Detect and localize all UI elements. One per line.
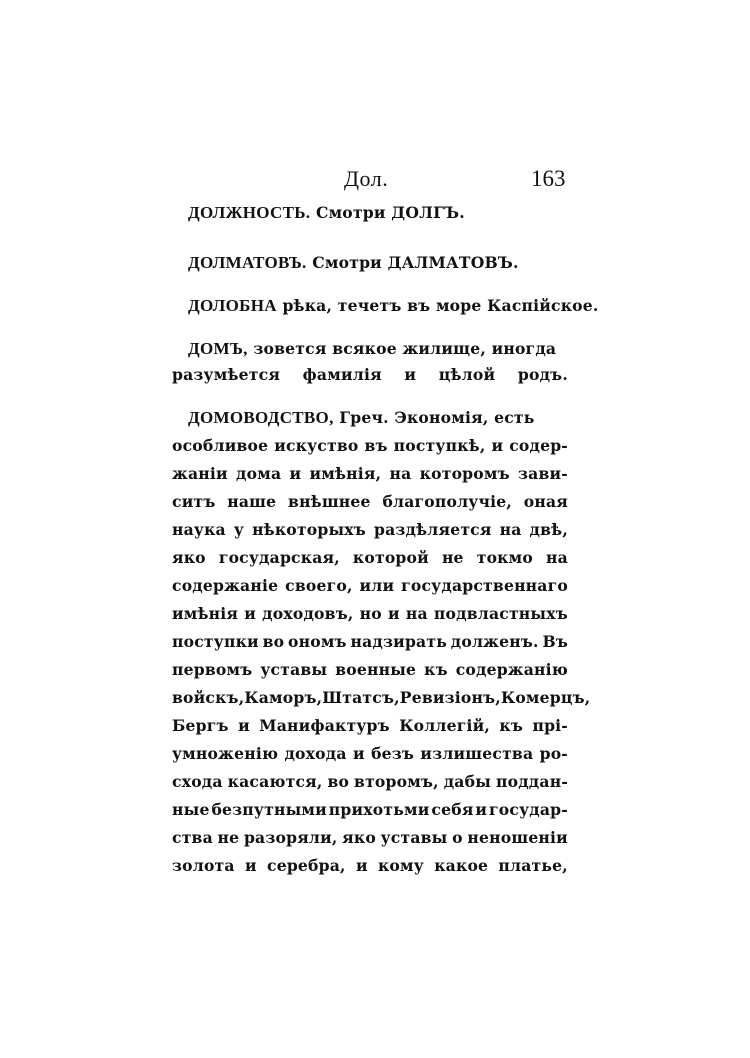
word: излишества	[420, 744, 533, 774]
word: разоряли,	[244, 828, 338, 858]
word: первомъ	[172, 660, 252, 690]
word: внѣшнее	[288, 492, 371, 522]
word: которомъ	[420, 464, 510, 494]
word: но	[360, 604, 382, 634]
word: и	[238, 716, 250, 746]
word: разумѣется	[172, 365, 280, 395]
entry-line: ситънашевнѣшнееблагополучіе,оная	[172, 492, 568, 522]
word: имѣнія,	[310, 464, 382, 494]
word: имѣнія	[172, 604, 238, 634]
word: Комерцъ,	[501, 688, 590, 718]
word: о	[452, 828, 463, 858]
word: поступки	[172, 632, 259, 662]
word: прі-	[532, 716, 568, 746]
word: золота	[172, 856, 235, 886]
word: Коллегій,	[399, 716, 490, 746]
word: и	[356, 856, 368, 886]
word: государ-	[489, 800, 568, 830]
entry-line: особливоеискуствовъпоступкѣ,исодер-	[172, 436, 568, 466]
word: второмъ,	[354, 772, 439, 802]
entry-line: имѣніяидоходовъ,ноинаподвластныхъ	[172, 604, 568, 634]
word: ситъ	[172, 492, 216, 522]
word: цѣлой	[439, 365, 495, 395]
word: раздѣляется	[374, 520, 492, 550]
entry-line: золотаисеребра,икомукакоеплатье,	[172, 856, 568, 886]
word: у	[234, 520, 244, 550]
word: которой	[353, 548, 429, 578]
entry-headword: ДОЛЖНОСТЬ.	[188, 203, 310, 222]
word: серебра,	[267, 856, 346, 886]
word: токмо	[477, 548, 533, 578]
word: двѣ,	[530, 520, 568, 550]
word: какое	[434, 856, 488, 886]
word: яко	[172, 548, 206, 578]
word: на	[500, 520, 522, 550]
word: уставы	[381, 828, 448, 858]
entry-text: зовется всякое жилище, иногда	[253, 339, 556, 358]
word: и	[475, 800, 487, 830]
word: нѣкоторыхъ	[252, 520, 366, 550]
word: и	[491, 436, 503, 466]
word: фамилія	[303, 365, 382, 395]
word: на	[546, 548, 568, 578]
word: себя	[431, 800, 473, 830]
word: наука	[172, 520, 226, 550]
word: содержанію	[456, 660, 568, 690]
word: ономъ	[288, 632, 347, 662]
entry-line: умноженіюдоходаибезъизлишестваро-	[172, 744, 568, 774]
entry-headword: ДОМЪ,	[188, 339, 248, 358]
word: особливое	[172, 436, 268, 466]
entry-line: поступкивоономънадзиратьдолженъ.Въ	[172, 632, 568, 662]
entry-line: стванеразоряли,якоуставыоненошеніи	[172, 828, 568, 858]
entry-headword: ДОМОВОДСТВО,	[188, 408, 334, 427]
word: содер-	[509, 436, 568, 466]
word: во	[263, 632, 285, 662]
entry-line: разумѣетсяфамиліяицѣлойродъ.	[172, 365, 568, 395]
word: наше	[227, 492, 276, 522]
word: ства	[172, 828, 213, 858]
word: и	[353, 744, 365, 774]
word: безпутными	[211, 800, 327, 830]
entry-line: жаніидомаиимѣнія,накоторомъзави-	[172, 464, 568, 494]
word: содержаніе	[172, 576, 278, 606]
entry-line: войскъ,Каморъ,Штатсъ,Ревизіонъ,Комерцъ,	[172, 688, 568, 718]
word: кому	[378, 856, 424, 886]
word: Манифактуръ	[259, 716, 389, 746]
word: къ	[424, 660, 448, 690]
entry-text: Смотри ДОЛГЪ.	[316, 203, 465, 222]
entry-text: рѣка, течетъ въ море Каспійское.	[282, 296, 598, 315]
entry-text: Греч. Экономія, есть	[339, 408, 534, 427]
word: Бергъ	[172, 716, 229, 746]
word: государственнаго	[401, 576, 568, 606]
dictionary-entry: ДОЛОБНА рѣка, течетъ въ море Каспійское.	[172, 296, 584, 316]
word: умноженію	[172, 744, 278, 774]
word: поступкѣ,	[394, 436, 486, 466]
word: долженъ.	[451, 632, 539, 662]
word: касаются,	[228, 772, 323, 802]
page-number: 163	[531, 166, 566, 192]
word: своего,	[285, 576, 352, 606]
word: платье,	[498, 856, 568, 886]
word: прихотьми	[329, 800, 430, 830]
word: искуство	[274, 436, 358, 466]
word: благополучіе,	[382, 492, 512, 522]
word: поддан-	[496, 772, 568, 802]
word: и	[245, 856, 257, 886]
entry-line: якогосударская,которойнетокмона	[172, 548, 568, 578]
word: подвластныхъ	[434, 604, 568, 634]
entry-line: БергъиМанифактуръКоллегій,къпрі-	[172, 716, 568, 746]
word: Штатсъ,	[322, 688, 400, 718]
word: надзирать	[351, 632, 447, 662]
running-head: Дол.	[344, 166, 388, 192]
word: и	[388, 604, 400, 634]
word: государская,	[219, 548, 340, 578]
word: уставы	[260, 660, 327, 690]
word: не	[442, 548, 464, 578]
word: родъ.	[518, 365, 568, 395]
word: и	[289, 464, 301, 494]
word: яко	[342, 828, 376, 858]
dictionary-entry: ДОЛМАТОВЪ. Смотри ДАЛМАТОВЪ.	[172, 253, 584, 273]
word: неношеніи	[467, 828, 568, 858]
entry-text: Смотри ДАЛМАТОВЪ.	[312, 253, 518, 272]
entry-headword: ДОЛМАТОВЪ.	[188, 253, 307, 272]
word: дохода	[284, 744, 346, 774]
word: на	[406, 604, 428, 634]
word: и	[244, 604, 256, 634]
word: въ	[364, 436, 387, 466]
word: во	[327, 772, 349, 802]
word: Ревизіонъ,	[400, 688, 501, 718]
word: ро-	[540, 744, 568, 774]
word: доходовъ,	[262, 604, 353, 634]
word: оная	[524, 492, 568, 522]
entry-line: ныебезпутнымиприхотьмисебяигосудар-	[172, 800, 568, 830]
entry-line: сходакасаются,вовторомъ,дабыподдан-	[172, 772, 568, 802]
word: Въ	[542, 632, 568, 662]
word: военные	[335, 660, 416, 690]
word: не	[218, 828, 240, 858]
word: или	[359, 576, 394, 606]
entry-line: содержаніесвоего,илигосударственнаго	[172, 576, 568, 606]
word: зави-	[518, 464, 568, 494]
entry-line: ДОМОВОДСТВО, Греч. Экономія, есть	[172, 408, 568, 438]
word: дабы	[444, 772, 491, 802]
word: дома	[236, 464, 281, 494]
word: схода	[172, 772, 223, 802]
book-page: Дол. 163 ДОЛЖНОСТЬ. Смотри ДОЛГЪ. ДОЛМАТ…	[0, 0, 750, 1058]
word: къ	[499, 716, 523, 746]
word: на	[390, 464, 412, 494]
entry-headword: ДОЛОБНА	[188, 296, 277, 315]
word: войскъ,	[172, 688, 244, 718]
word: Каморъ,	[244, 688, 322, 718]
entry-line: первомъуставывоенныекъсодержанію	[172, 660, 568, 690]
word: безъ	[371, 744, 414, 774]
dictionary-entry: ДОЛЖНОСТЬ. Смотри ДОЛГЪ.	[172, 203, 584, 223]
entry-line: наукаунѣкоторыхъраздѣляетсянадвѣ,	[172, 520, 568, 550]
word: жаніи	[172, 464, 228, 494]
word: и	[404, 365, 416, 395]
word: ные	[172, 800, 210, 830]
